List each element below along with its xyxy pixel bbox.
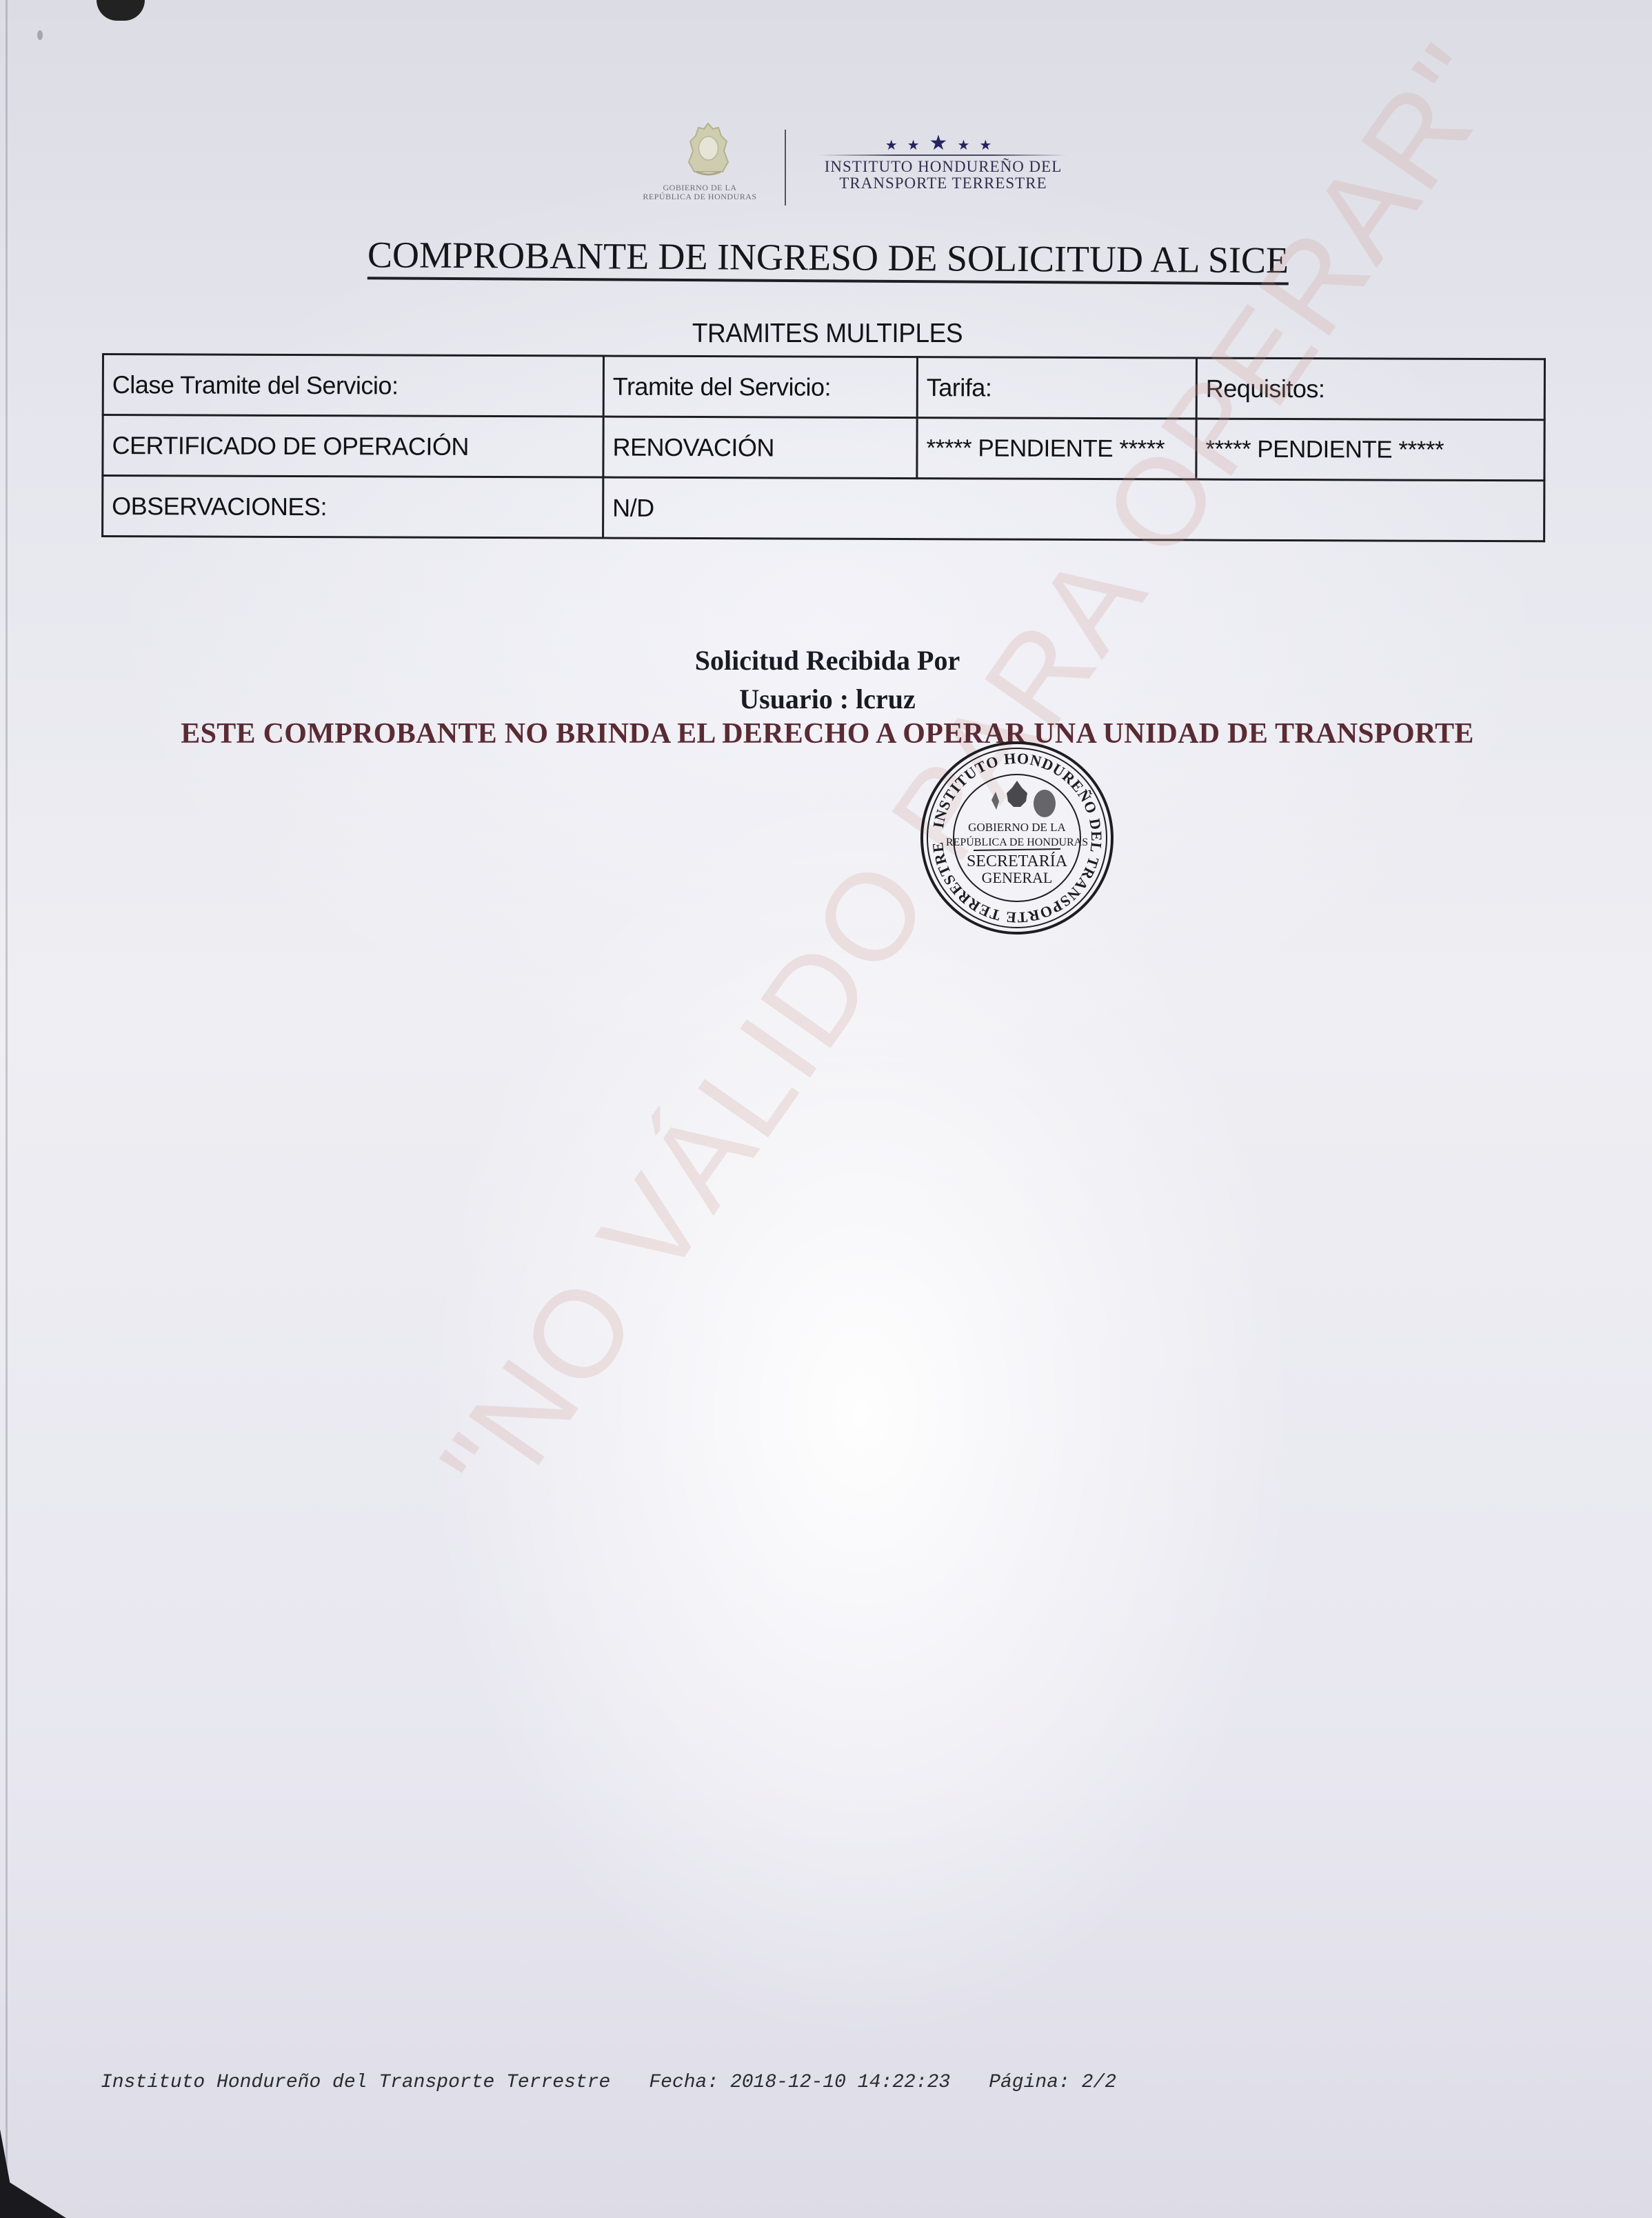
coat-of-arms-icon xyxy=(683,121,734,179)
received-by-block: Solicitud Recibida Por Usuario : lcruz xyxy=(483,641,1172,719)
received-by-label: Solicitud Recibida Por xyxy=(483,641,1172,680)
footer-date: Fecha: 2018-12-10 14:22:23 xyxy=(649,2072,950,2093)
seal-line-4: GENERAL xyxy=(982,869,1053,886)
logo-divider xyxy=(785,130,786,206)
institute-name-line-2: Transporte Terrestre xyxy=(798,175,1088,192)
page-edge xyxy=(6,0,8,2218)
five-stars-icon: ★★★★★ xyxy=(798,135,1088,153)
observations-label: OBSERVACIONES: xyxy=(103,476,603,539)
seal-line-2: REPÚBLICA DE HONDURAS xyxy=(946,835,1088,848)
institute-name-line-1: Instituto Hondureño del xyxy=(798,159,1088,175)
header-tramite: Tramite del Servicio: xyxy=(603,356,917,418)
document-title-text: COMPROBANTE DE INGRESO DE SOLICITUD AL S… xyxy=(367,234,1289,285)
official-seal-icon: INSTITUTO HONDUREÑO DEL TRANSPORTE TERRE… xyxy=(917,738,1117,938)
document-page: Gobierno de la República de Honduras ★★★… xyxy=(0,0,1652,2218)
table-observations-row: OBSERVACIONES: N/D xyxy=(103,476,1544,541)
document-subtitle: TRAMITES MULTIPLES xyxy=(618,319,1037,349)
footer-institution: Instituto Hondureño del Transporte Terre… xyxy=(101,2072,610,2093)
government-text: Gobierno de la República de Honduras xyxy=(621,183,779,201)
table-row: CERTIFICADO DE OPERACIÓN RENOVACIÓN ****… xyxy=(103,415,1544,481)
seal-line-3: SECRETARÍA xyxy=(967,852,1068,870)
cell-tramite: RENOVACIÓN xyxy=(603,417,917,479)
warning-notice: ESTE COMPROBANTE NO BRINDA EL DERECHO A … xyxy=(103,717,1551,750)
document-title: COMPROBANTE DE INGRESO DE SOLICITUD AL S… xyxy=(342,233,1314,282)
document-header: Gobierno de la República de Honduras ★★★… xyxy=(621,117,1103,214)
header-clase-tramite: Clase Tramite del Servicio: xyxy=(103,354,603,417)
government-logo: Gobierno de la República de Honduras xyxy=(621,117,779,214)
cell-clase-tramite: CERTIFICADO DE OPERACIÓN xyxy=(103,415,603,478)
page-footer: Instituto Hondureño del Transporte Terre… xyxy=(101,2072,1342,2093)
institute-logo: ★★★★★ Instituto Hondureño del Transporte… xyxy=(798,135,1088,192)
received-by-user: Usuario : lcruz xyxy=(483,680,1172,719)
seal-line-1: GOBIERNO DE LA xyxy=(968,821,1066,834)
government-line-2: República de Honduras xyxy=(621,192,779,201)
footer-page-number: Página: 2/2 xyxy=(989,2072,1116,2093)
invalid-watermark: "NO VÁLIDO PARA OPERAR" xyxy=(421,435,1234,1523)
punch-mark xyxy=(37,30,43,40)
